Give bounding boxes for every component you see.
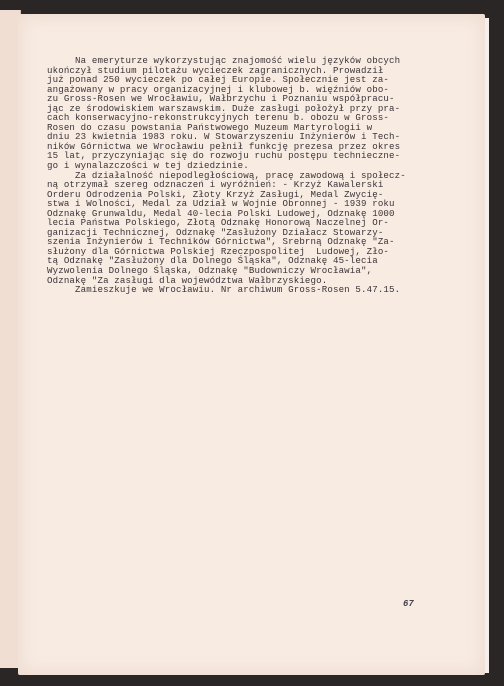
page-number: 67: [403, 599, 414, 609]
text-line: Zamieszkuje we Wrocławiu. Nr archiwum Gr…: [47, 285, 467, 295]
document-page: Na emeryturze wykorzystując znajomość wi…: [18, 14, 485, 675]
body-text: Na emeryturze wykorzystując znajomość wi…: [47, 56, 467, 295]
